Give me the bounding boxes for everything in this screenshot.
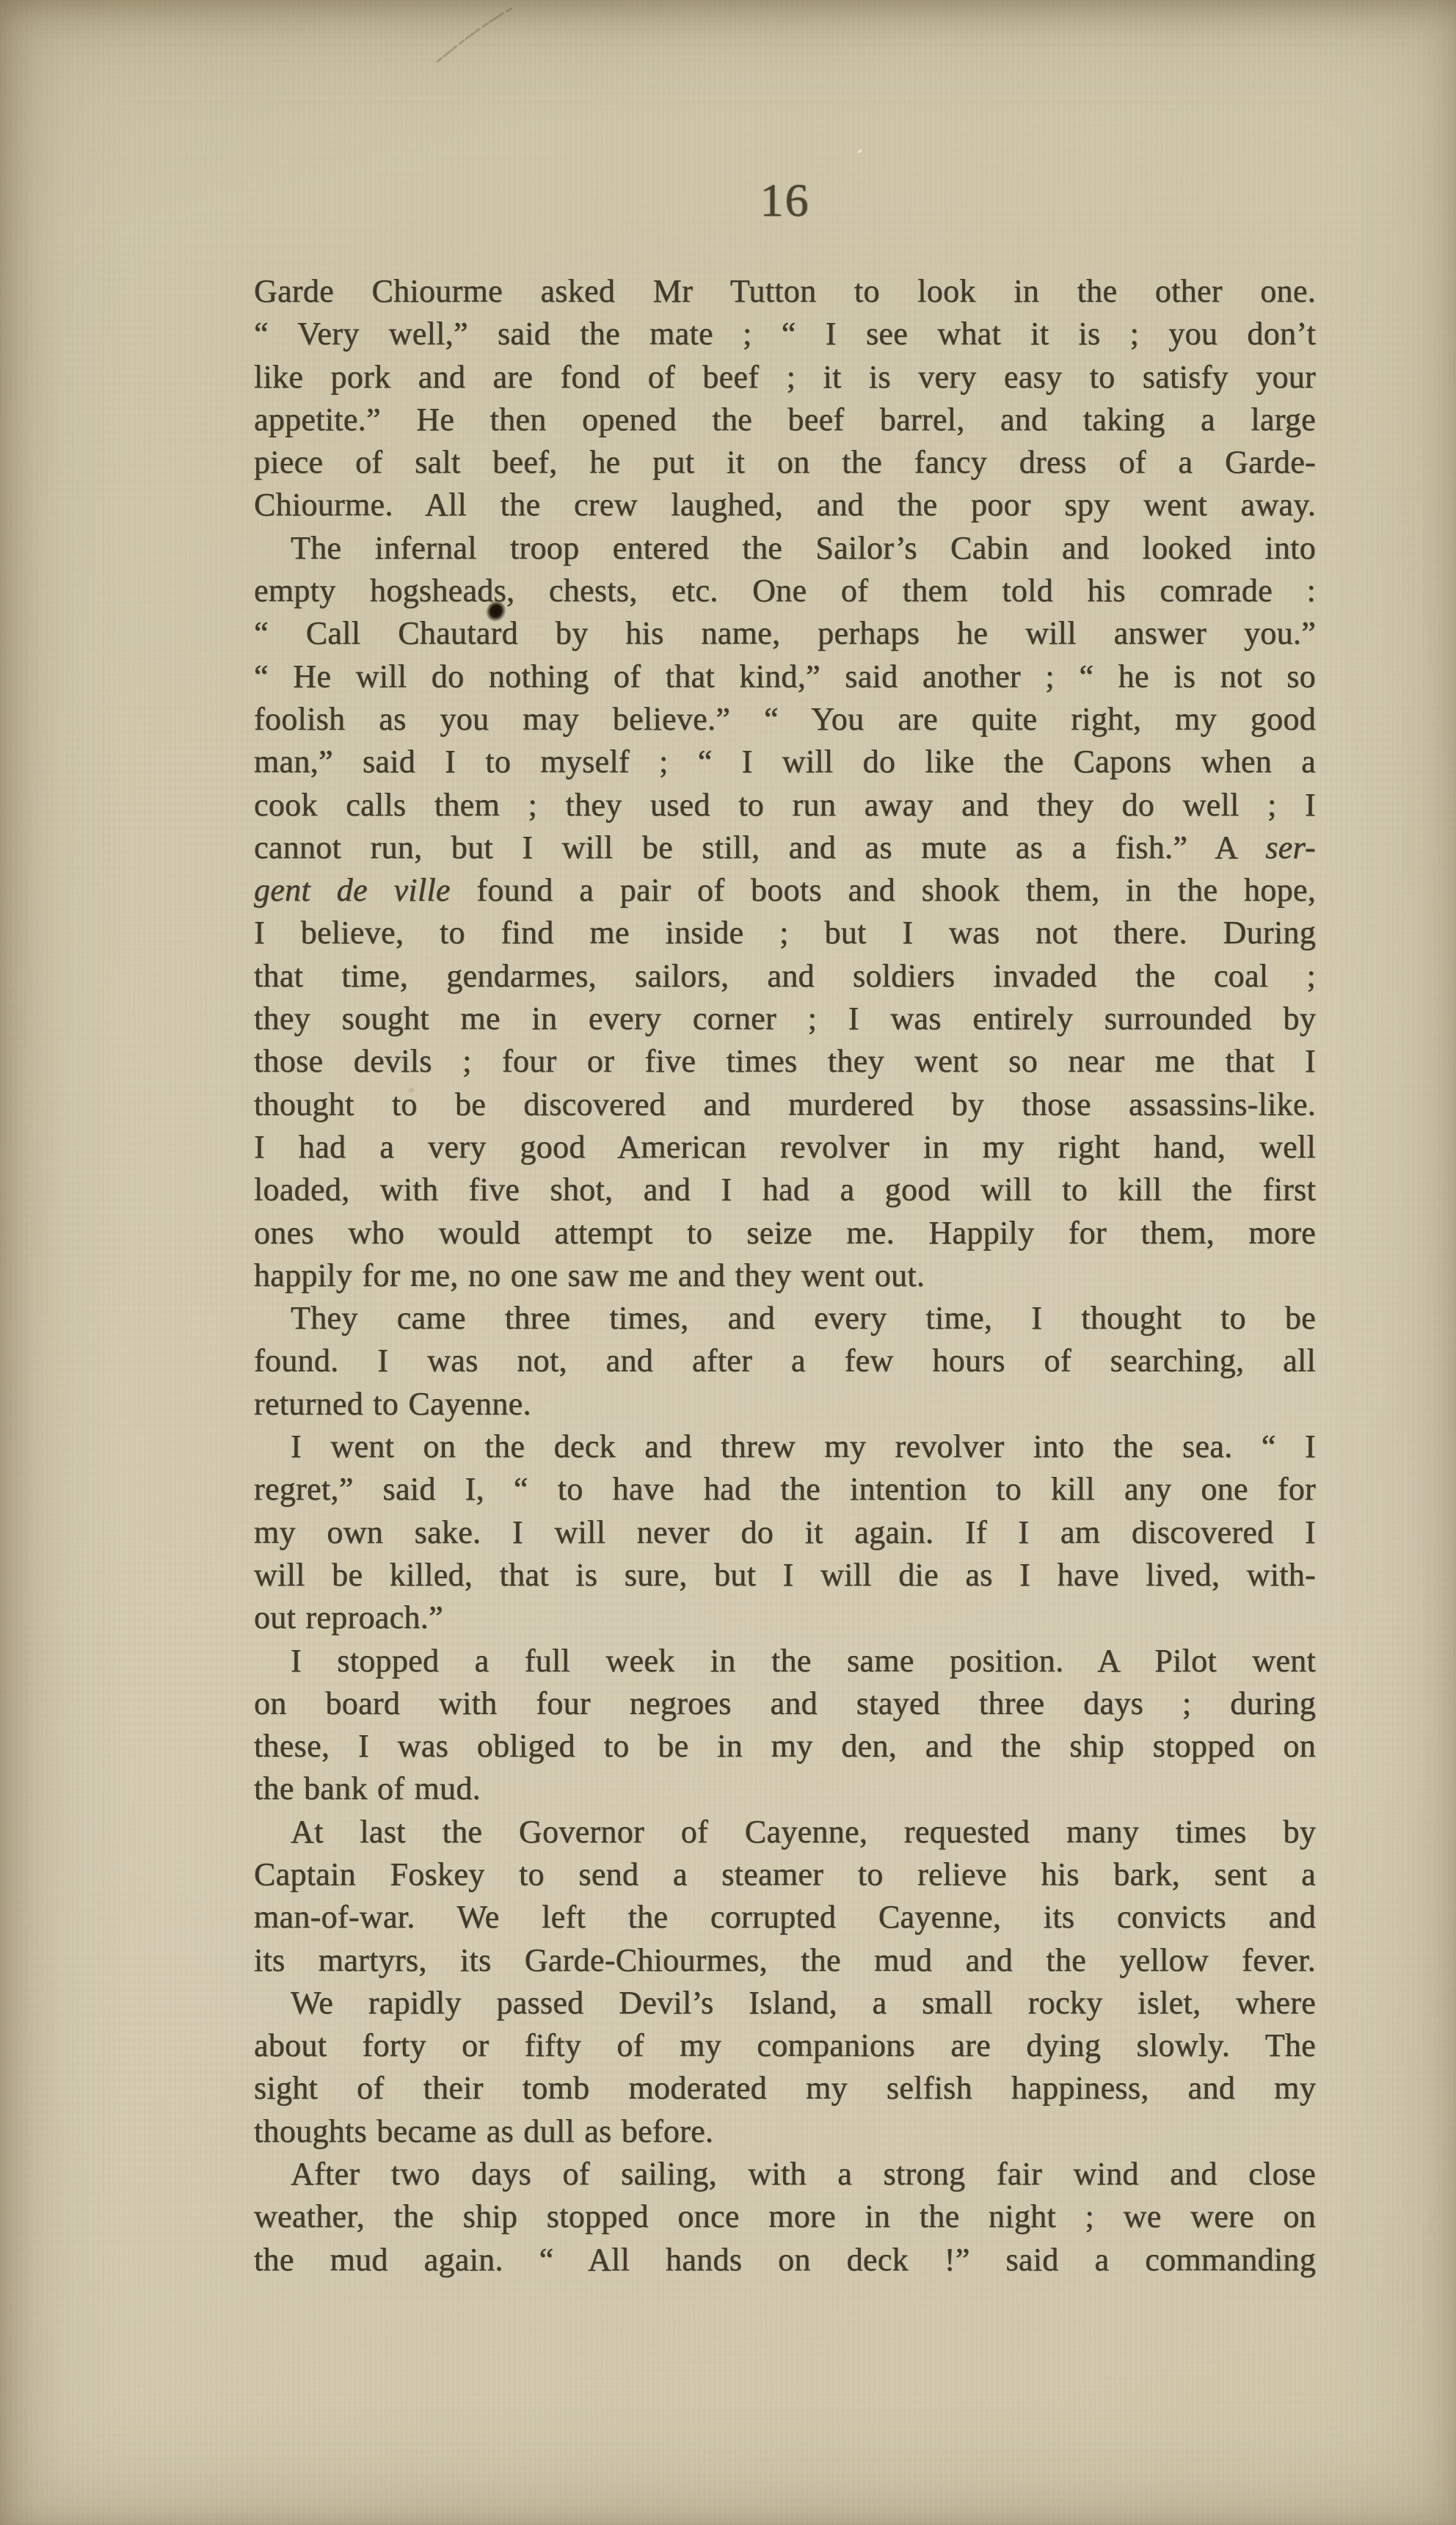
scratch-mark <box>426 1 528 71</box>
text-line: man-of-war. We left the corrupted Cayenn… <box>254 1896 1316 1939</box>
text-line: returned to Cayenne. <box>254 1383 1316 1425</box>
ink-blot: r <box>491 612 502 655</box>
text-line: weather, the ship stopped once more in t… <box>254 2195 1316 2238</box>
book-page-scan: 16 Garde Chiourme asked Mr Tutton to loo… <box>0 0 1456 2525</box>
text-line: will be killed, that is sure, but I will… <box>254 1554 1316 1596</box>
text-line: loaded, with five shot, and I had a good… <box>254 1169 1316 1211</box>
text-line: about forty or fifty of my companions ar… <box>254 2024 1316 2067</box>
text-line: thoughts became as dull as before. <box>254 2110 1316 2153</box>
text-line: cannot run, but I will be still, and as … <box>254 826 1316 869</box>
paper-speck <box>856 149 862 154</box>
text-line: Garde Chiourme asked Mr Tutton to look i… <box>254 270 1316 313</box>
text-line: appetite.” He then opened the beef barre… <box>254 399 1316 441</box>
text-line: regret,” said I, “ to have had the inten… <box>254 1468 1316 1511</box>
text-line: its martyrs, its Garde-Chiourmes, the mu… <box>254 1939 1316 1982</box>
text-line: I believe, to find me inside ; but I was… <box>254 912 1316 954</box>
text-line: sight of their tomb moderated my selfish… <box>254 2067 1316 2110</box>
text-line: these, I was obliged to be in my den, an… <box>254 1725 1316 1767</box>
text-line: The infernal troop entered the Sailor’s … <box>254 527 1316 570</box>
text-line: my own sake. I will never do it again. I… <box>254 1511 1316 1554</box>
text-line: they sought me in every corner ; I was e… <box>254 998 1316 1040</box>
text-line: piece of salt beef, he put it on the fan… <box>254 441 1316 484</box>
text-line: Chiourme. All the crew laughed, and the … <box>254 484 1316 526</box>
text-line: gent de ville found a pair of boots and … <box>254 869 1316 912</box>
text-line: thought to be discovered and murdered by… <box>254 1083 1316 1126</box>
text-line: I stopped a full week in the same positi… <box>254 1640 1316 1682</box>
text-line: foolish as you may believe.” “ You are q… <box>254 698 1316 741</box>
text-line: those devils ; four or five times they w… <box>254 1040 1316 1083</box>
text-line: empty hogsheads, chests, etc. One of the… <box>254 570 1316 612</box>
text-line: found. I was not, and after a few hours … <box>254 1340 1316 1382</box>
page-number: 16 <box>254 176 1316 225</box>
text-line: the bank of mud. <box>254 1767 1316 1810</box>
text-line: We rapidly passed Devil’s Island, a smal… <box>254 1982 1316 2024</box>
text-line: like pork and are fond of beef ; it is v… <box>254 356 1316 399</box>
text-line: out reproach.” <box>254 1596 1316 1639</box>
text-block: Garde Chiourme asked Mr Tutton to look i… <box>254 270 1316 2281</box>
text-line: that time, gendarmes, sailors, and soldi… <box>254 955 1316 998</box>
text-line: “ Call Chautard by his name, perhaps he … <box>254 612 1316 655</box>
text-line: man,” said I to myself ; “ I will do lik… <box>254 741 1316 783</box>
text-line: “ He will do nothing of that kind,” said… <box>254 655 1316 698</box>
text-line: cook calls them ; they used to run away … <box>254 784 1316 826</box>
text-line: happily for me, no one saw me and they w… <box>254 1254 1316 1297</box>
text-line: I went on the deck and threw my revolver… <box>254 1425 1316 1468</box>
text-line: After two days of sailing, with a strong… <box>254 2153 1316 2195</box>
text-line: They came three times, and every time, I… <box>254 1297 1316 1340</box>
text-line: “ Very well,” said the mate ; “ I see wh… <box>254 313 1316 355</box>
text-line: At last the Governor of Cayenne, request… <box>254 1811 1316 1853</box>
text-line: on board with four negroes and stayed th… <box>254 1682 1316 1725</box>
text-line: Captain Foskey to send a steamer to reli… <box>254 1853 1316 1896</box>
text-line: I had a very good American revolver in m… <box>254 1126 1316 1169</box>
text-line: ones who would attempt to seize me. Happ… <box>254 1212 1316 1254</box>
text-line: the mud again. “ All hands on deck !” sa… <box>254 2239 1316 2281</box>
